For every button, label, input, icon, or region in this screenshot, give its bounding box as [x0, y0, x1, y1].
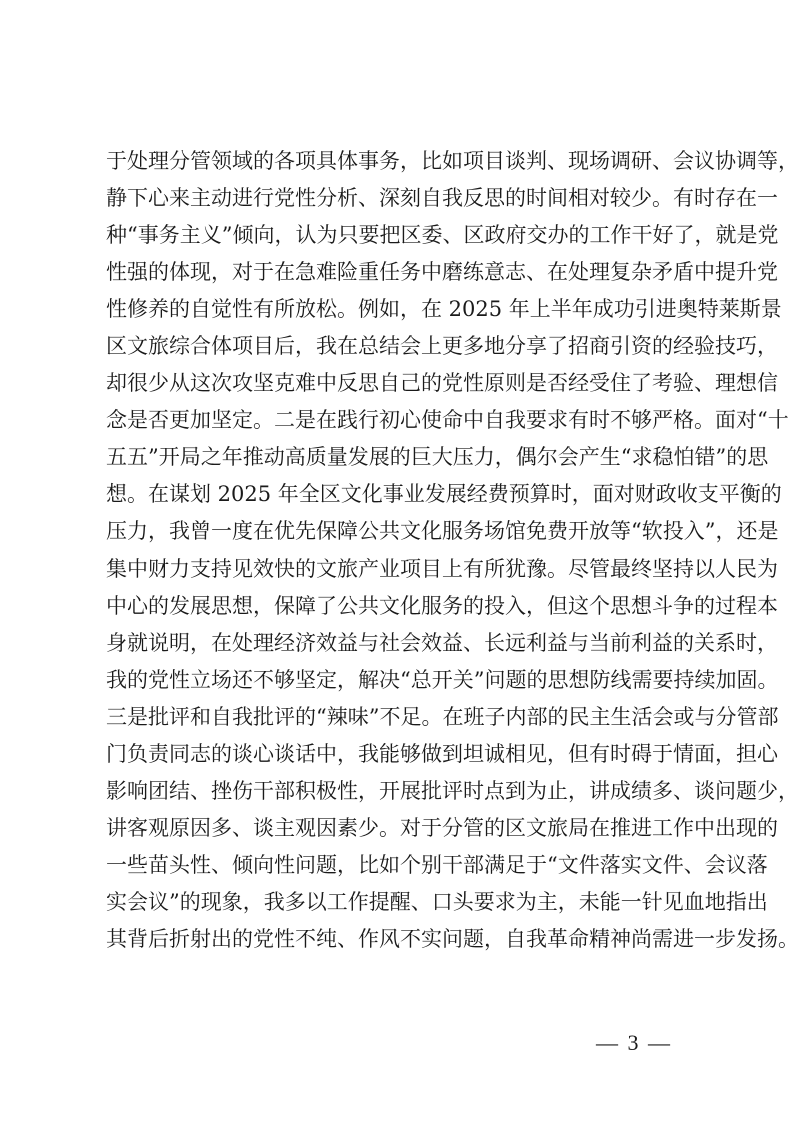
text-line: 一些苗头性、倾向性问题，比如个别干部满足于“文件落实文件、会议落	[106, 847, 690, 884]
text-line: 影响团结、挫伤干部积极性，开展批评时点到为止，讲成绩多、谈问题少，	[106, 773, 690, 810]
page-number: — 3 —	[596, 1030, 672, 1056]
text-line: 中心的发展思想，保障了公共文化服务的投入，但这个思想斗争的过程本	[106, 588, 690, 625]
text-line: 我的党性立场还不够坚定，解决“总开关”问题的思想防线需要持续加固。	[106, 662, 690, 699]
text-line: 集中财力支持见效快的文旅产业项目上有所犹豫。尽管最终坚持以人民为	[106, 551, 690, 588]
document-page: 于处理分管领域的各项具体事务，比如项目谈判、现场调研、会议协调等， 静下心来主动…	[0, 0, 793, 1122]
text-line: 实会议”的现象，我多以工作提醒、口头要求为主，未能一针见血地指出	[106, 884, 690, 921]
text-line: 种“事务主义”倾向，认为只要把区委、区政府交办的工作干好了，就是党	[106, 217, 690, 254]
body-text: 于处理分管领域的各项具体事务，比如项目谈判、现场调研、会议协调等， 静下心来主动…	[106, 143, 690, 958]
text-line: 于处理分管领域的各项具体事务，比如项目谈判、现场调研、会议协调等，	[106, 143, 690, 180]
text-line: 性修养的自觉性有所放松。例如，在 2025 年上半年成功引进奥特莱斯景	[106, 291, 690, 328]
text-line: 其背后折射出的党性不纯、作风不实问题，自我革命精神尚需进一步发扬。	[106, 921, 690, 958]
text-line: 三是批评和自我批评的“辣味”不足。在班子内部的民主生活会或与分管部	[106, 699, 690, 736]
text-line: 门负责同志的谈心谈话中，我能够做到坦诚相见，但有时碍于情面，担心	[106, 736, 690, 773]
text-line: 讲客观原因多、谈主观因素少。对于分管的区文旅局在推进工作中出现的	[106, 810, 690, 847]
text-line: 性强的体现，对于在急难险重任务中磨练意志、在处理复杂矛盾中提升党	[106, 254, 690, 291]
text-line: 五五”开局之年推动高质量发展的巨大压力，偶尔会产生“求稳怕错”的思	[106, 439, 690, 476]
text-line: 身就说明，在处理经济效益与社会效益、长远利益与当前利益的关系时，	[106, 625, 690, 662]
text-line: 压力，我曾一度在优先保障公共文化服务场馆免费开放等“软投入”，还是	[106, 513, 690, 550]
text-line: 区文旅综合体项目后，我在总结会上更多地分享了招商引资的经验技巧，	[106, 328, 690, 365]
text-line: 却很少从这次攻坚克难中反思自己的党性原则是否经受住了考验、理想信	[106, 365, 690, 402]
text-line: 静下心来主动进行党性分析、深刻自我反思的时间相对较少。有时存在一	[106, 180, 690, 217]
text-line: 念是否更加坚定。二是在践行初心使命中自我要求有时不够严格。面对“十	[106, 402, 690, 439]
text-line: 想。在谋划 2025 年全区文化事业发展经费预算时，面对财政收支平衡的	[106, 476, 690, 513]
